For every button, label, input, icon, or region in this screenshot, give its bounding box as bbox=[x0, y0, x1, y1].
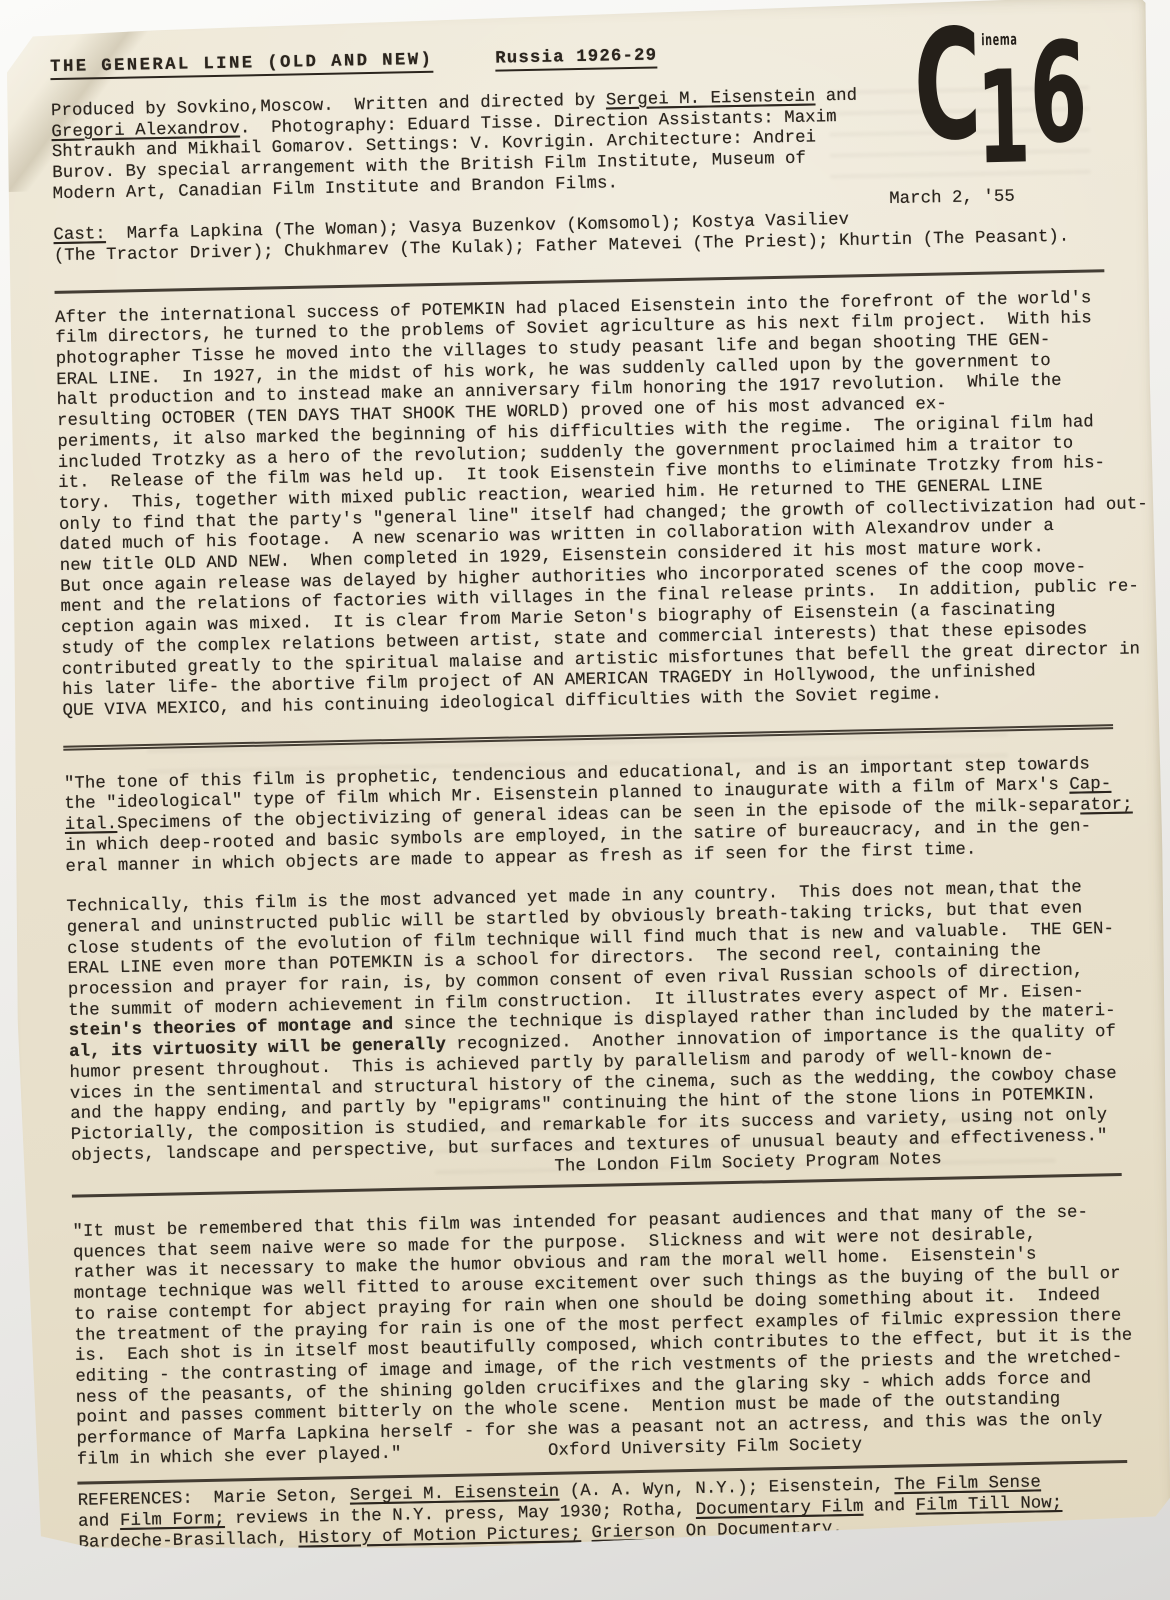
paper-sheet: C inema 1 6 THE GENERAL LINE (OLD AND NE… bbox=[0, 0, 1170, 1563]
credits-paragraph: Produced by Sovkino,Moscow. Written and … bbox=[51, 82, 1103, 206]
separator-rule bbox=[55, 269, 1105, 294]
london-notes-paragraph-1: "The tone of this film is prophetic, ten… bbox=[64, 755, 1116, 879]
country-year: Russia 1926-29 bbox=[495, 46, 657, 71]
essay-paragraph: After the international success of POTEM… bbox=[55, 289, 1113, 723]
title-row: THE GENERAL LINE (OLD AND NEW) Russia 19… bbox=[50, 38, 1100, 80]
film-title: THE GENERAL LINE (OLD AND NEW) bbox=[50, 51, 433, 80]
london-notes-paragraph-2: Technically, this film is the most advan… bbox=[66, 878, 1121, 1167]
separator-rule bbox=[63, 724, 1113, 751]
scanned-program-note: C inema 1 6 THE GENERAL LINE (OLD AND NE… bbox=[0, 0, 1170, 1600]
references-paragraph: REFERENCES: Marie Seton, Sergei M. Eisen… bbox=[78, 1472, 1129, 1554]
document-content: THE GENERAL LINE (OLD AND NEW) Russia 19… bbox=[0, 0, 1170, 1556]
oxford-notes-paragraph: "It must be remembered that this film wa… bbox=[72, 1203, 1127, 1472]
